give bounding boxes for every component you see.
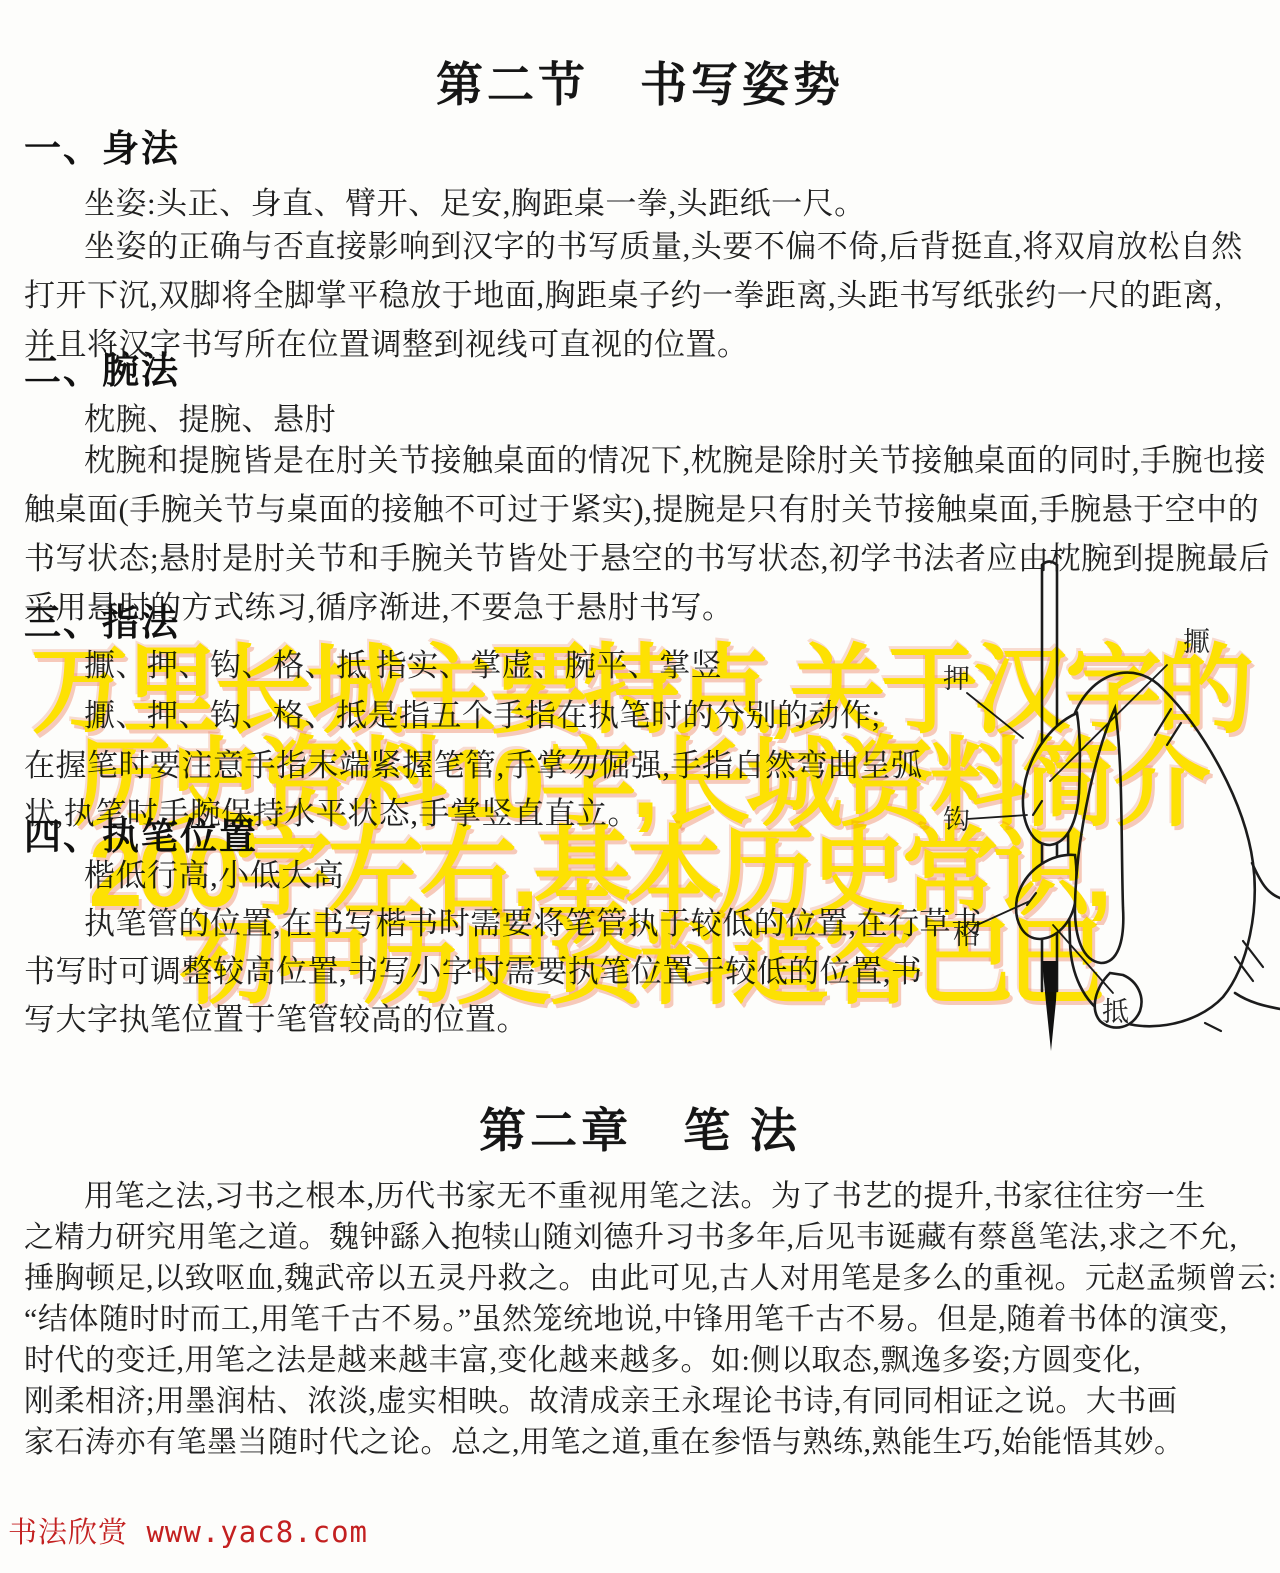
page-title: 第二节 书写姿势 — [0, 48, 1280, 115]
heading-shenfa: 一、身法 — [24, 118, 180, 172]
shenfa-paragraph: 坐姿的正确与否直接影响到汉字的书写质量,头要不偏不倚,后背挺直,将双肩放松自然 … — [24, 222, 1264, 369]
text-line: 并且将汉字书写所在位置调整到视线可直视的位置。 — [24, 320, 1264, 369]
text-line: 打开下沉,双脚将全脚掌平稳放于地面,胸距桌子约一拳距离,头距书写纸张约一尺的距离… — [24, 271, 1264, 320]
scanned-document-page: 第二节 书写姿势 一、身法 坐姿:头正、身直、臂开、足安,胸距桌一拳,头距纸一尺… — [0, 0, 1280, 1573]
text-line: 捶胸顿足,以致呕血,魏武帝以五灵丹救之。由此可见,古人对用笔是多么的重视。元赵孟… — [24, 1258, 1264, 1299]
bifa-paragraph: 用笔之法,习书之根本,历代书家无不重视用笔之法。为了书艺的提升,书家往往穷一生 … — [24, 1176, 1264, 1463]
chapter2-title: 第二章 笔 法 — [0, 1094, 1280, 1161]
wrist-line — [1252, 863, 1280, 898]
watermark-line-4: 初中历史资料道客巴巴 — [180, 883, 1100, 1023]
text-line: 家石涛亦有笔墨当随时代之论。总之,用笔之道,重在参悟与熟练,熟能生巧,始能悟其妙… — [24, 1422, 1264, 1463]
site-url: www.yac8.com — [128, 1515, 368, 1549]
site-name: 书法欣赏 — [8, 1517, 128, 1549]
text-line: 用笔之法,习书之根本,历代书家无不重视用笔之法。为了书艺的提升,书家往往穷一生 — [24, 1176, 1264, 1217]
heading-wanfa: 二、腕法 — [24, 340, 180, 394]
text-line: 坐姿的正确与否直接影响到汉字的书写质量,头要不偏不倚,后背挺直,将双肩放松自然 — [24, 222, 1264, 271]
text-line: 之精力研究用笔之道。魏钟繇入抱犊山随刘德升习书多年,后见韦诞藏有蔡邕笔法,求之不… — [24, 1217, 1264, 1258]
wanfa-intro: 枕腕、提腕、悬肘 — [84, 394, 336, 439]
label-di: 抵 — [1102, 997, 1129, 1027]
text-line: 枕腕和提腕皆是在肘关节接触桌面的情况下,枕腕是除肘关节接触桌面的同时,手腕也接 — [24, 436, 1264, 485]
text-line: “结体随时时而工,用笔千古不易。”虽然笼统地说,中锋用笔千古不易。但是,随着书体… — [24, 1299, 1264, 1340]
shenfa-intro: 坐姿:头正、身直、臂开、足安,胸距桌一拳,头距纸一尺。 — [84, 178, 866, 223]
text-line: 时代的变迁,用笔之法是越来越丰富,变化越来越多。如:侧以取态,飘逸多姿;方圆变化… — [24, 1340, 1264, 1381]
text-line: 触桌面(手腕关节与桌面的接触不可过于紧实),提腕是只有肘关节接触桌面,手腕悬于空… — [24, 485, 1264, 534]
text-line: 刚柔相济;用墨润枯、浓淡,虚实相映。故清成亲王永瑆论书诗,有同同相证之说。大书画 — [24, 1381, 1264, 1422]
site-footer: 书法欣赏 www.yac8.com — [8, 1510, 368, 1551]
